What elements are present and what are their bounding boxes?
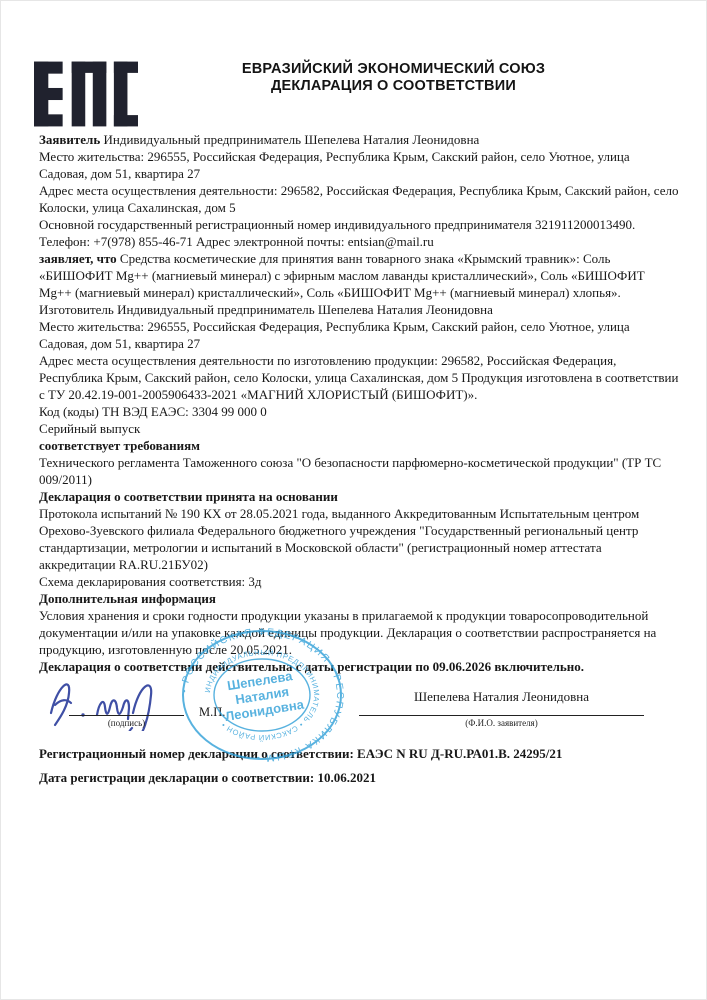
signature-area: (подпись) М.П. Шепелева Наталия Леонидов… (39, 685, 679, 739)
tnved-code-line: Код (коды) ТН ВЭД ЕАЭС: 3304 99 000 0 (39, 403, 679, 420)
fio-line (359, 715, 644, 716)
registration-block: Регистрационный номер декларации о соотв… (39, 745, 679, 786)
compliance-text: Технического регламента Таможенного союз… (39, 454, 679, 488)
document-header: ЕВРАЗИЙСКИЙ ЭКОНОМИЧЕСКИЙ СОЮЗ ДЕКЛАРАЦИ… (111, 61, 676, 95)
manufacturer-residence: Место жительства: 296555, Российская Фед… (39, 318, 679, 352)
additional-info-text: Условия хранения и сроки годности продук… (39, 607, 679, 658)
basis-text: Протокола испытаний № 190 КХ от 28.05.20… (39, 505, 679, 573)
applicant-name: Индивидуальный предприниматель Шепелева … (103, 132, 479, 147)
union-title: ЕВРАЗИЙСКИЙ ЭКОНОМИЧЕСКИЙ СОЮЗ (111, 61, 676, 78)
declares-label: заявляет, что (39, 251, 117, 266)
applicant-line: ЗаявительИндивидуальный предприниматель … (39, 131, 679, 148)
declaration-document: ЕВРАЗИЙСКИЙ ЭКОНОМИЧЕСКИЙ СОЮЗ ДЕКЛАРАЦИ… (0, 0, 707, 1000)
fio-caption: (Ф.И.О. заявителя) (359, 718, 644, 729)
applicant-ogrn: Основной государственный регистрационный… (39, 216, 679, 233)
applicant-activity-address: Адрес места осуществления деятельности: … (39, 182, 679, 216)
document-title: ДЕКЛАРАЦИЯ О СООТВЕТСТВИИ (111, 78, 676, 95)
applicant-residence: Место жительства: 296555, Российская Фед… (39, 148, 679, 182)
applicant-label: Заявитель (39, 132, 100, 147)
company-stamp-icon: • РОССИЙСКАЯ ФЕДЕРАЦИЯ • РЕСПУБЛИКА КРЫМ… (177, 625, 347, 765)
declares-text: Средства косметические для принятия ванн… (39, 251, 645, 300)
signature-caption: (подпись) (69, 718, 184, 729)
scheme-line: Схема декларирования соответствия: 3д (39, 573, 679, 590)
basis-heading: Декларация о соответствии принята на осн… (39, 488, 679, 505)
document-body: ЗаявительИндивидуальный предприниматель … (39, 131, 679, 793)
registration-number-line: Регистрационный номер декларации о соотв… (39, 745, 679, 762)
declares-paragraph: заявляет, чтоСредства косметические для … (39, 250, 679, 301)
registration-date-line: Дата регистрации декларации о соответств… (39, 769, 679, 786)
applicant-fio: Шепелева Наталия Леонидовна (359, 688, 644, 705)
manufacturer-line: Изготовитель Индивидуальный предпринимат… (39, 301, 679, 318)
release-type-line: Серийный выпуск (39, 420, 679, 437)
applicant-contacts: Телефон: +7(978) 855-46-71 Адрес электро… (39, 233, 679, 250)
additional-info-heading: Дополнительная информация (39, 590, 679, 607)
manufacturer-production-address: Адрес места осуществления деятельности п… (39, 352, 679, 403)
compliance-heading: соответствует требованиям (39, 437, 679, 454)
signature-line (69, 715, 184, 716)
